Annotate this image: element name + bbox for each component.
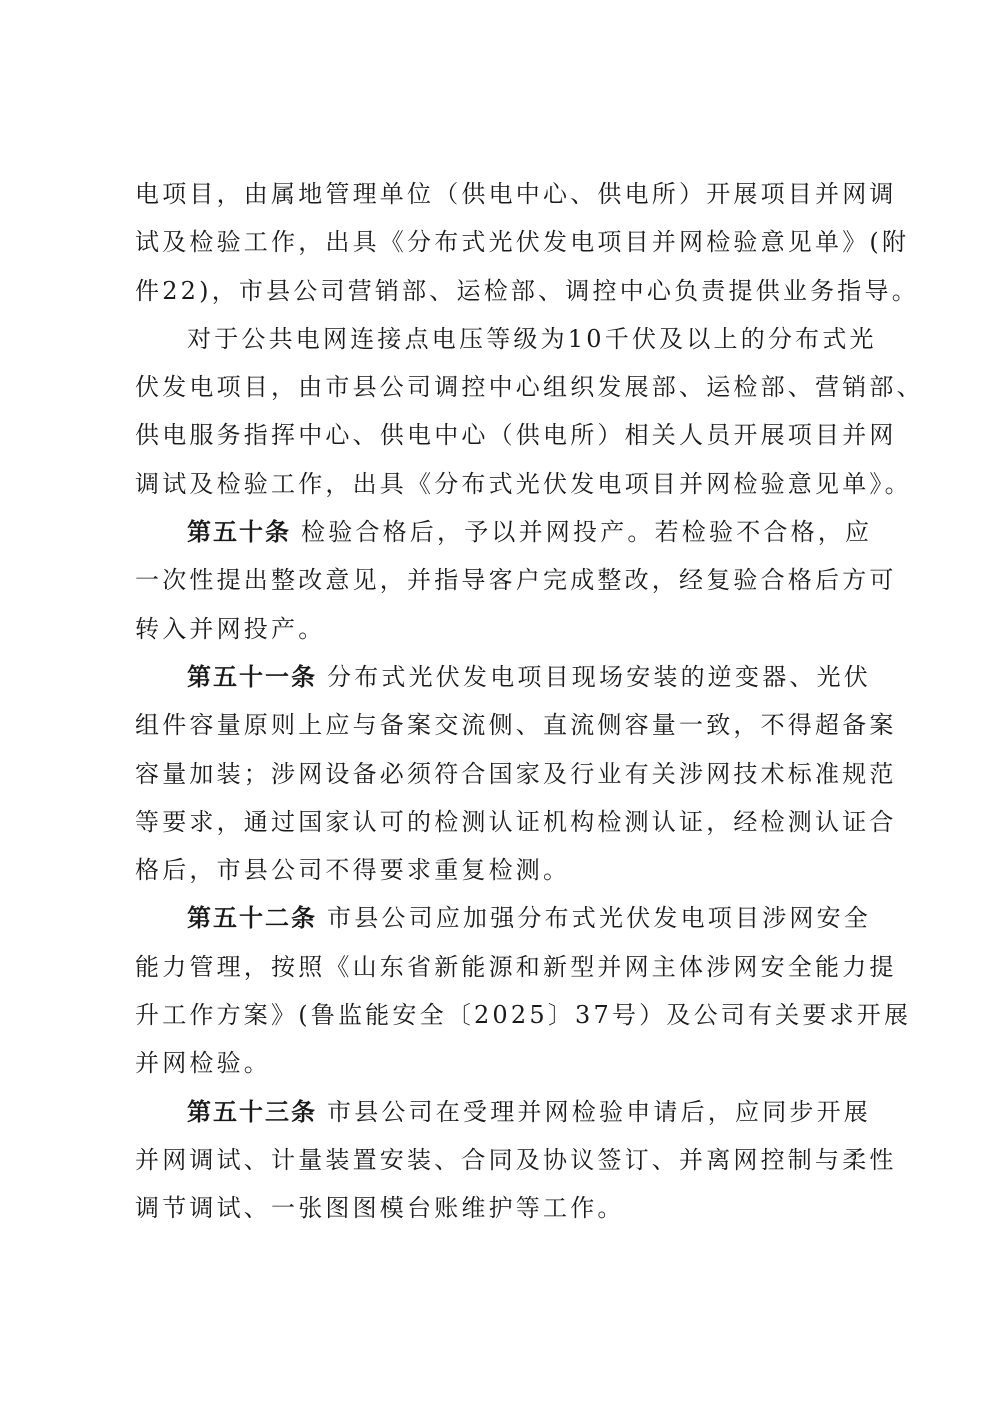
text-line: 等要求，通过国家认可的检测认证机构检测认证，经检测认证合 bbox=[135, 798, 869, 846]
text-line: 第五十条检验合格后，予以并网投产。若检验不合格，应 bbox=[135, 508, 869, 556]
article-53: 第五十三条市县公司在受理并网检验申请后，应同步开展 并网调试、计量装置安装、合同… bbox=[135, 1088, 869, 1233]
article-text: 检验合格后，予以并网投产。若检验不合格，应 bbox=[301, 518, 872, 546]
text-line: 伏发电项目，由市县公司调控中心组织发展部、运检部、营销部、 bbox=[135, 363, 869, 411]
article-heading: 第五十一条 bbox=[187, 663, 317, 691]
article-text: 市县公司应加强分布式光伏发电项目涉网安全 bbox=[327, 904, 871, 932]
article-text: 市县公司在受理并网检验申请后，应同步开展 bbox=[327, 1098, 871, 1126]
article-51: 第五十一条分布式光伏发电项目现场安装的逆变器、光伏 组件容量原则上应与备案交流侧… bbox=[135, 653, 869, 894]
article-52: 第五十二条市县公司应加强分布式光伏发电项目涉网安全 能力管理，按照《山东省新能源… bbox=[135, 894, 869, 1087]
text-line: 并网调试、计量装置安装、合同及协议签订、并离网控制与柔性 bbox=[135, 1136, 869, 1184]
text-line: 对于公共电网连接点电压等级为10千伏及以上的分布式光 bbox=[135, 315, 869, 363]
paragraph-continuation: 电项目，由属地管理单位（供电中心、供电所）开展项目并网调 试及检验工作，出具《分… bbox=[135, 170, 869, 315]
article-text: 分布式光伏发电项目现场安装的逆变器、光伏 bbox=[327, 663, 871, 691]
text-line: 一次性提出整改意见，并指导客户完成整改，经复验合格后方可 bbox=[135, 556, 869, 604]
article-heading: 第五十二条 bbox=[187, 904, 317, 932]
text-line: 容量加装；涉网设备必须符合国家及行业有关涉网技术标准规范 bbox=[135, 750, 869, 798]
text-line: 件22)，市县公司营销部、运检部、调控中心负责提供业务指导。 bbox=[135, 267, 869, 315]
text-line: 调试及检验工作，出具《分布式光伏发电项目并网检验意见单》。 bbox=[135, 460, 869, 508]
text-line: 第五十一条分布式光伏发电项目现场安装的逆变器、光伏 bbox=[135, 653, 869, 701]
text-line: 并网检验。 bbox=[135, 1039, 869, 1087]
text-line: 转入并网投产。 bbox=[135, 605, 869, 653]
document-page: 电项目，由属地管理单位（供电中心、供电所）开展项目并网调 试及检验工作，出具《分… bbox=[135, 170, 869, 1233]
text-line: 能力管理，按照《山东省新能源和新型并网主体涉网安全能力提 bbox=[135, 943, 869, 991]
text-line: 调节调试、一张图图模台账维护等工作。 bbox=[135, 1184, 869, 1232]
text-line: 第五十三条市县公司在受理并网检验申请后，应同步开展 bbox=[135, 1088, 869, 1136]
text-line: 供电服务指挥中心、供电中心（供电所）相关人员开展项目并网 bbox=[135, 411, 869, 459]
article-heading: 第五十条 bbox=[187, 518, 291, 546]
text-line: 试及检验工作，出具《分布式光伏发电项目并网检验意见单》(附 bbox=[135, 218, 869, 266]
article-heading: 第五十三条 bbox=[187, 1098, 317, 1126]
article-50: 第五十条检验合格后，予以并网投产。若检验不合格，应 一次性提出整改意见，并指导客… bbox=[135, 508, 869, 653]
text-line: 电项目，由属地管理单位（供电中心、供电所）开展项目并网调 bbox=[135, 170, 869, 218]
text-line: 第五十二条市县公司应加强分布式光伏发电项目涉网安全 bbox=[135, 894, 869, 942]
text-line: 升工作方案》(鲁监能安全〔2025〕37号）及公司有关要求开展 bbox=[135, 991, 869, 1039]
text-line: 组件容量原则上应与备案交流侧、直流侧容量一致，不得超备案 bbox=[135, 701, 869, 749]
paragraph-10kv: 对于公共电网连接点电压等级为10千伏及以上的分布式光 伏发电项目，由市县公司调控… bbox=[135, 315, 869, 508]
text-line: 格后，市县公司不得要求重复检测。 bbox=[135, 846, 869, 894]
